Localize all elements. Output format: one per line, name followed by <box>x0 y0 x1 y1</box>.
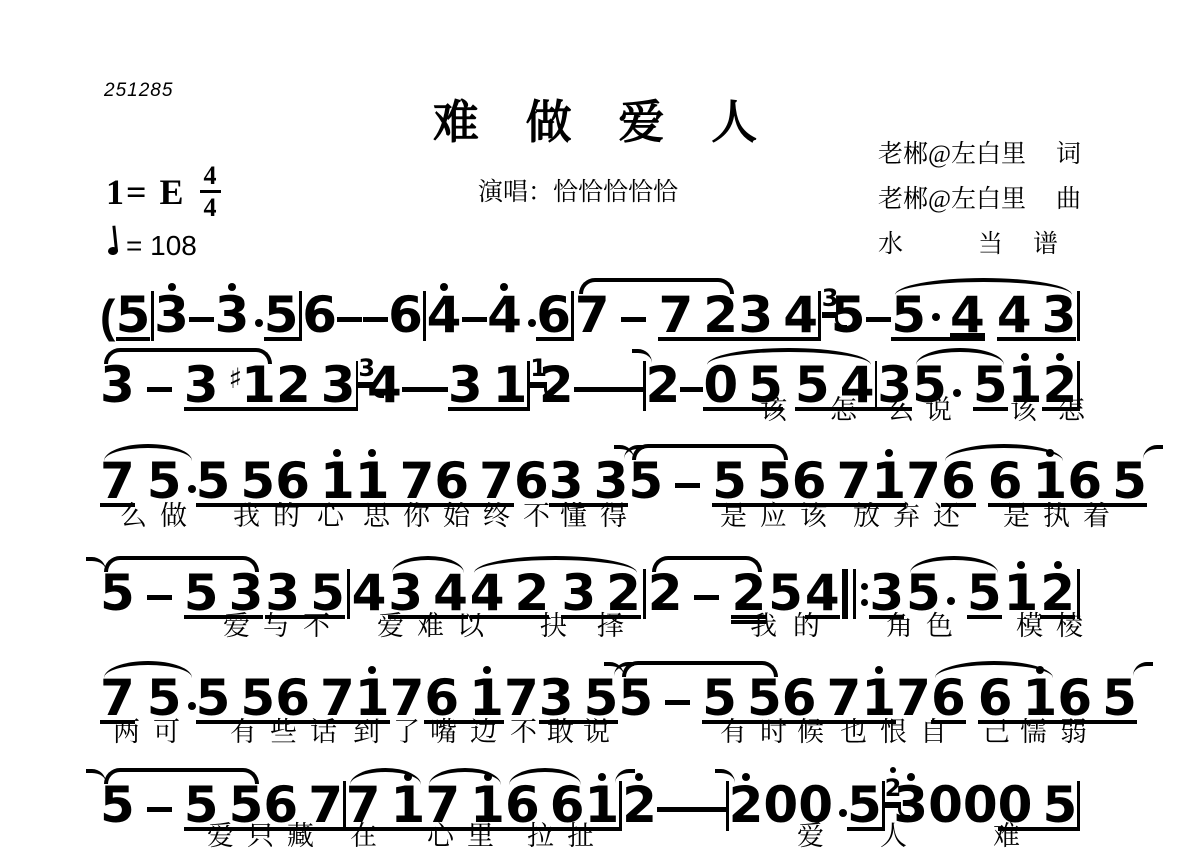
barline <box>643 569 646 619</box>
octave-dot-icon <box>1046 449 1054 457</box>
duration-dash <box>703 807 726 812</box>
note-digit: 6 <box>505 785 540 825</box>
note-digit: 5 <box>628 461 663 507</box>
note-digit: 5 <box>967 573 1002 619</box>
time-signature: 4 4 <box>200 162 221 222</box>
credit-name: 老郴@左白里 <box>878 134 1026 170</box>
augmentation-dot-icon <box>255 319 263 327</box>
lyric-char: 爱 <box>207 822 234 850</box>
note-digit: 0 <box>928 785 963 831</box>
lyric-char: 不 <box>523 502 550 532</box>
augmentation-dot-icon <box>528 319 536 327</box>
note-digit: 3 <box>321 365 356 405</box>
repeat-dots <box>861 583 868 606</box>
lyric-char: 弃 <box>893 502 920 532</box>
octave-dot-icon <box>168 283 176 291</box>
note-digit: 5 <box>847 785 882 831</box>
note-digit: 0 <box>763 785 798 831</box>
lyric-char: 话 <box>310 718 337 748</box>
barline <box>1077 291 1080 341</box>
lyric-char: 可 <box>153 718 180 748</box>
note-digit: 3 <box>448 365 483 405</box>
note-digit: 7 <box>479 461 514 501</box>
tie-in-arc <box>86 557 106 573</box>
note-digit: 3 <box>215 295 250 341</box>
note-digit: 5 <box>891 295 926 335</box>
lyric-char: 到 <box>353 718 380 748</box>
note-digit: 6 <box>275 461 310 501</box>
time-denominator: 4 <box>200 193 221 221</box>
duration-dash <box>620 387 643 392</box>
note-digit: ♯1 <box>229 365 276 405</box>
credits-block: 老郴@左白里词老郴@左白里曲水 当谱 <box>878 134 1081 269</box>
augmentation-dot-icon <box>953 389 961 397</box>
beam-group: 43 <box>997 295 1077 341</box>
tie-out-arc <box>1143 445 1163 461</box>
lyric-char: 爱 <box>797 822 824 850</box>
note-digit: 7 <box>658 295 693 335</box>
note-digit: 0 <box>703 365 738 405</box>
repeat-dot <box>861 599 868 606</box>
note-digit: 6 <box>792 461 827 501</box>
note-digit: 4 <box>487 295 522 341</box>
note-digit: 1 <box>469 678 504 718</box>
lyric-char: 有 <box>230 718 257 748</box>
beam-group: 31 <box>448 365 528 411</box>
lyric-char: 不 <box>510 718 537 748</box>
duration-dash <box>680 807 703 812</box>
lyric-char: 棱 <box>1056 612 1083 642</box>
lyric-char: 么 <box>887 396 914 426</box>
lyric-char: 模 <box>1016 612 1043 642</box>
lyric-char: 角 <box>886 612 913 642</box>
music-line-5: 7555671761735555671766165 <box>100 666 1080 724</box>
duration-dash <box>402 387 425 392</box>
note-digit: 5 <box>240 678 275 718</box>
beam-group: 3♯1 <box>184 365 276 411</box>
note-digit: 4 <box>997 295 1032 335</box>
duration-dash <box>147 387 172 392</box>
note-digit: 4 <box>427 295 462 341</box>
slur-group: 555 <box>100 785 263 831</box>
lyric-char: 些 <box>270 718 297 748</box>
note-digit: 3 <box>539 678 574 718</box>
note-digit: 5 <box>196 461 231 501</box>
note-digit: 4 <box>367 365 402 411</box>
note-digit: 1 <box>1023 678 1058 718</box>
note-digit: 3 <box>229 573 264 613</box>
duration-dash <box>337 317 362 322</box>
credit-row-1: 老郴@左白里词 <box>878 134 1081 170</box>
slur-group: 555 <box>618 678 781 724</box>
sheet-music-page: 251285 难 做 爱 人 演唱：恰恰恰恰恰 老郴@左白里词老郴@左白里曲水 … <box>0 0 1200 850</box>
quarter-note-icon <box>108 246 119 255</box>
note-digit: 7 <box>346 785 381 825</box>
lyric-char: 该 <box>1010 396 1037 426</box>
note-digit: 3 <box>154 295 189 341</box>
lyric-char: 应 <box>760 502 787 532</box>
note-digit: 6 <box>988 461 1023 501</box>
lyric-char: 该 <box>800 502 827 532</box>
lyric-char: 心 <box>317 502 344 532</box>
slur-group: 22 <box>648 573 767 619</box>
lyric-char: 也 <box>840 718 867 748</box>
octave-dot-icon <box>484 773 492 781</box>
note-digit: 1 <box>1033 461 1068 501</box>
beam-group: 23 <box>276 365 356 411</box>
credit-name: 水 当 <box>878 224 1003 260</box>
lyric-char: 藏 <box>287 822 314 850</box>
lyric-char: 是 <box>1003 502 1030 532</box>
duration-dash <box>574 387 597 392</box>
lyric-char: 放 <box>853 502 880 532</box>
note-digit: 5 <box>1102 678 1137 718</box>
note-digit: 6 <box>388 295 423 341</box>
music-line-1: (53356644677234355443 <box>100 283 1080 341</box>
note-digit: 6 <box>424 678 459 718</box>
repeat-thin-bar <box>853 569 856 619</box>
repeat-dot <box>861 583 868 590</box>
note-digit: 2 <box>648 573 683 619</box>
singer-line: 演唱：恰恰恰恰恰 <box>478 172 678 208</box>
note-digit: 7 <box>308 785 343 825</box>
lyric-char: 在 <box>350 822 377 850</box>
octave-dot-icon <box>1021 353 1029 361</box>
note-digit: 1 <box>355 461 390 501</box>
lyric-char: 做 <box>160 502 187 532</box>
lyric-char: 不 <box>303 612 330 642</box>
note-digit: 6 <box>550 785 585 825</box>
note-digit: 2 <box>276 365 311 405</box>
duration-dash <box>363 317 388 322</box>
lyric-char: 懂 <box>560 502 587 532</box>
note-digit: 5 <box>712 461 747 501</box>
lyric-char: 扯 <box>567 822 594 850</box>
note-digit: 5 <box>196 678 231 718</box>
octave-dot-icon <box>500 283 508 291</box>
credit-row-2: 老郴@左白里曲 <box>878 179 1081 215</box>
lyric-char: 里 <box>467 822 494 850</box>
lyric-char: 人 <box>880 822 907 850</box>
note-digit: 5 <box>229 785 264 825</box>
slur-group: 5443 <box>891 295 1076 341</box>
lyric-char: 是 <box>720 502 747 532</box>
lyric-char: 说 <box>925 396 952 426</box>
note-digit: 3 <box>1042 295 1077 335</box>
note-digit: 5 <box>757 461 792 501</box>
note-digit: 5 <box>116 295 151 341</box>
note-digit: 7 <box>400 461 435 501</box>
note-digit: 5 <box>184 785 219 825</box>
note-digit: 5 <box>973 365 1008 411</box>
augmentation-dot-icon <box>839 809 847 817</box>
key-signature: 1= E 4 4 <box>106 162 221 222</box>
octave-dot-icon <box>483 666 491 674</box>
lyric-char: 了 <box>393 718 420 748</box>
lyric-char: 恨 <box>880 718 907 748</box>
lyric-char: 两 <box>113 718 140 748</box>
note-digit: 2 <box>606 573 641 613</box>
open-paren: ( <box>100 296 115 341</box>
tie-in-arc <box>86 769 106 785</box>
octave-dot-icon <box>1056 353 1064 361</box>
lyric-char: 难 <box>993 822 1020 850</box>
lyric-char: 只 <box>247 822 274 850</box>
note-digit: 2 <box>646 365 681 411</box>
lyric-char: 爱 <box>223 612 250 642</box>
lyric-char: 嘴 <box>430 718 457 748</box>
lyric-char: 得 <box>600 502 627 532</box>
duration-dash <box>425 387 448 392</box>
note-digit: 5 <box>1112 461 1147 501</box>
note-digit: 6 <box>1057 678 1092 718</box>
slur-group: 55 <box>906 573 1002 619</box>
lyric-char: 敢 <box>547 718 574 748</box>
lyric-char: 自 <box>920 718 947 748</box>
lyric-char: 有 <box>720 718 747 748</box>
lyric-char: 说 <box>583 718 610 748</box>
lyric-char: 与 <box>263 612 290 642</box>
repeat-begin-sign <box>842 569 868 619</box>
note-digit: 1 <box>470 785 505 825</box>
note-digit: 6 <box>302 295 337 341</box>
duration-dash <box>147 807 172 812</box>
lyric-char: 爱 <box>377 612 404 642</box>
note-digit: 3 <box>184 365 219 405</box>
note-digit: 6 <box>1067 461 1102 501</box>
note-digit: 3 <box>594 461 629 501</box>
lyric-char: 的 <box>793 612 820 642</box>
note-digit: 3 <box>738 295 773 335</box>
lyric-char: 边 <box>470 718 497 748</box>
octave-dot-icon <box>1017 561 1025 569</box>
lyric-char: 怎 <box>830 396 857 426</box>
note-digit: 3 <box>388 573 423 613</box>
note-digit: 3 <box>549 461 584 501</box>
octave-dot-icon <box>875 666 883 674</box>
time-numerator: 4 <box>200 162 221 193</box>
note-digit: 2 <box>729 785 764 831</box>
octave-dot-icon <box>440 283 448 291</box>
lyric-char: 该 <box>760 396 787 426</box>
octave-dot-icon <box>885 449 893 457</box>
lyric-char: 抉 <box>540 612 567 642</box>
duration-dash <box>657 807 680 812</box>
duration-dash <box>621 317 646 322</box>
lyric-char: 始 <box>443 502 470 532</box>
augmentation-dot-icon <box>188 485 196 493</box>
note-digit: 5 <box>831 295 866 341</box>
note-digit: 5 <box>184 573 219 613</box>
inner-underline <box>950 333 985 337</box>
repeat-thick-bar <box>842 569 848 619</box>
note-digit: 5 <box>100 573 135 619</box>
octave-dot-icon <box>404 773 412 781</box>
note-digit: 4 <box>470 573 505 613</box>
lyric-char: 着 <box>1083 502 1110 532</box>
note-digit: 3 <box>265 573 300 613</box>
tie-out-arc <box>1133 662 1153 678</box>
note-digit: 7 <box>575 295 610 341</box>
octave-dot-icon <box>907 773 915 781</box>
lyric-char: 你 <box>403 502 430 532</box>
credit-role: 曲 <box>1056 179 1081 215</box>
duration-dash <box>694 595 719 600</box>
note-digit: 3 <box>100 365 135 411</box>
note-digit: 3 <box>561 573 596 613</box>
note-digit: 5 <box>240 461 275 501</box>
lyric-char: 思 <box>363 502 390 532</box>
note-digit: 5 <box>747 678 782 718</box>
octave-dot-icon <box>598 773 606 781</box>
duration-dash <box>189 317 214 322</box>
credit-role: 谱 <box>1033 224 1058 260</box>
octave-dot-icon <box>1036 666 1044 674</box>
credit-role: 词 <box>1056 134 1081 170</box>
octave-dot-icon <box>333 449 341 457</box>
note-digit: 5 <box>584 678 619 718</box>
augmentation-dot-icon <box>932 313 940 321</box>
note-digit: 0 <box>998 785 1033 825</box>
note-digit: 5 <box>702 678 737 718</box>
lyric-char: 还 <box>933 502 960 532</box>
credit-name: 老郴@左白里 <box>878 179 1026 215</box>
lyric-char: 的 <box>273 502 300 532</box>
lyric-char: 拉 <box>527 822 554 850</box>
note-digit: 4 <box>950 295 985 335</box>
octave-dot-icon <box>228 283 236 291</box>
note-digit: 7 <box>837 461 872 501</box>
credit-row-3: 水 当谱 <box>878 224 1081 260</box>
note-digit: 1 <box>493 365 528 405</box>
lyric-char: 以 <box>457 612 484 642</box>
note-digit: 7 <box>827 678 862 718</box>
note-digit: 4 <box>783 295 818 335</box>
beam-group: 54 <box>891 295 985 341</box>
lyric-char: 我 <box>750 612 777 642</box>
lyric-char: 终 <box>483 502 510 532</box>
tempo-marking: = 108 <box>108 230 197 262</box>
beam-group: 34 <box>738 295 818 341</box>
slur-group: 33♯1 <box>100 365 276 411</box>
note-digit: 5 <box>1042 785 1077 825</box>
note-digit: 5 <box>618 678 653 724</box>
lyric-char: 择 <box>597 612 624 642</box>
tie-in-arc <box>715 769 735 785</box>
lyric-char: 懦 <box>1020 718 1047 748</box>
note-digit: 6 <box>782 678 817 718</box>
octave-dot-icon <box>368 449 376 457</box>
note-digit: 5 <box>310 573 345 613</box>
note-digit: 6 <box>978 678 1013 718</box>
augmentation-dot-icon <box>947 597 955 605</box>
note-digit: 6 <box>275 678 310 718</box>
key-label: 1= E <box>106 171 186 213</box>
tie-in-arc <box>632 349 652 365</box>
octave-dot-icon <box>1054 561 1062 569</box>
note-digit: 7 <box>425 785 460 825</box>
octave-dot-icon <box>368 666 376 674</box>
music-line-3: 7555611767633555671766165 <box>100 449 1080 507</box>
note-digit: 2 <box>622 785 657 831</box>
slur-group: 772 <box>575 295 738 341</box>
lyric-char: 己 <box>983 718 1010 748</box>
duration-dash <box>597 387 620 392</box>
lyric-char: 色 <box>926 612 953 642</box>
note-digit: 5 <box>795 365 830 405</box>
note-digit: 5 <box>100 785 135 831</box>
duration-dash <box>866 317 891 322</box>
lyric-char: 我 <box>233 502 260 532</box>
note-digit: 7 <box>320 678 355 718</box>
lyric-char: 怎 <box>1058 396 1085 426</box>
note-digit: 1 <box>320 461 355 501</box>
lyric-char: 候 <box>797 718 824 748</box>
octave-dot-icon <box>890 767 896 773</box>
note-digit: 2 <box>515 573 550 613</box>
duration-dash <box>680 387 703 392</box>
lyric-char: 么 <box>120 502 147 532</box>
sharp-icon: ♯ <box>229 362 243 395</box>
octave-dot-icon <box>635 773 643 781</box>
duration-dash <box>675 483 700 488</box>
note-digit: 5 <box>264 295 299 341</box>
augmentation-dot-icon <box>188 702 196 710</box>
barline <box>347 569 350 619</box>
note-digit: 2 <box>703 295 738 335</box>
note-digit: 2 <box>539 365 574 411</box>
note-digit: 6 <box>263 785 298 825</box>
duration-dash <box>147 595 172 600</box>
lyric-char: 难 <box>417 612 444 642</box>
duration-dash <box>665 700 690 705</box>
octave-dot-icon <box>742 773 750 781</box>
note-digit: 1 <box>391 785 426 825</box>
note-digit: 6 <box>434 461 469 501</box>
beam-group: 72 <box>658 295 738 341</box>
duration-dash <box>462 317 487 322</box>
lyric-char: 时 <box>760 718 787 748</box>
note-digit: 4 <box>433 573 468 613</box>
barline <box>1077 781 1080 831</box>
lyric-char: 心 <box>427 822 454 850</box>
tempo-value: = 108 <box>126 230 197 262</box>
lyric-char: 执 <box>1043 502 1070 532</box>
note-digit: 6 <box>536 295 571 341</box>
lyric-char: 弱 <box>1060 718 1087 748</box>
